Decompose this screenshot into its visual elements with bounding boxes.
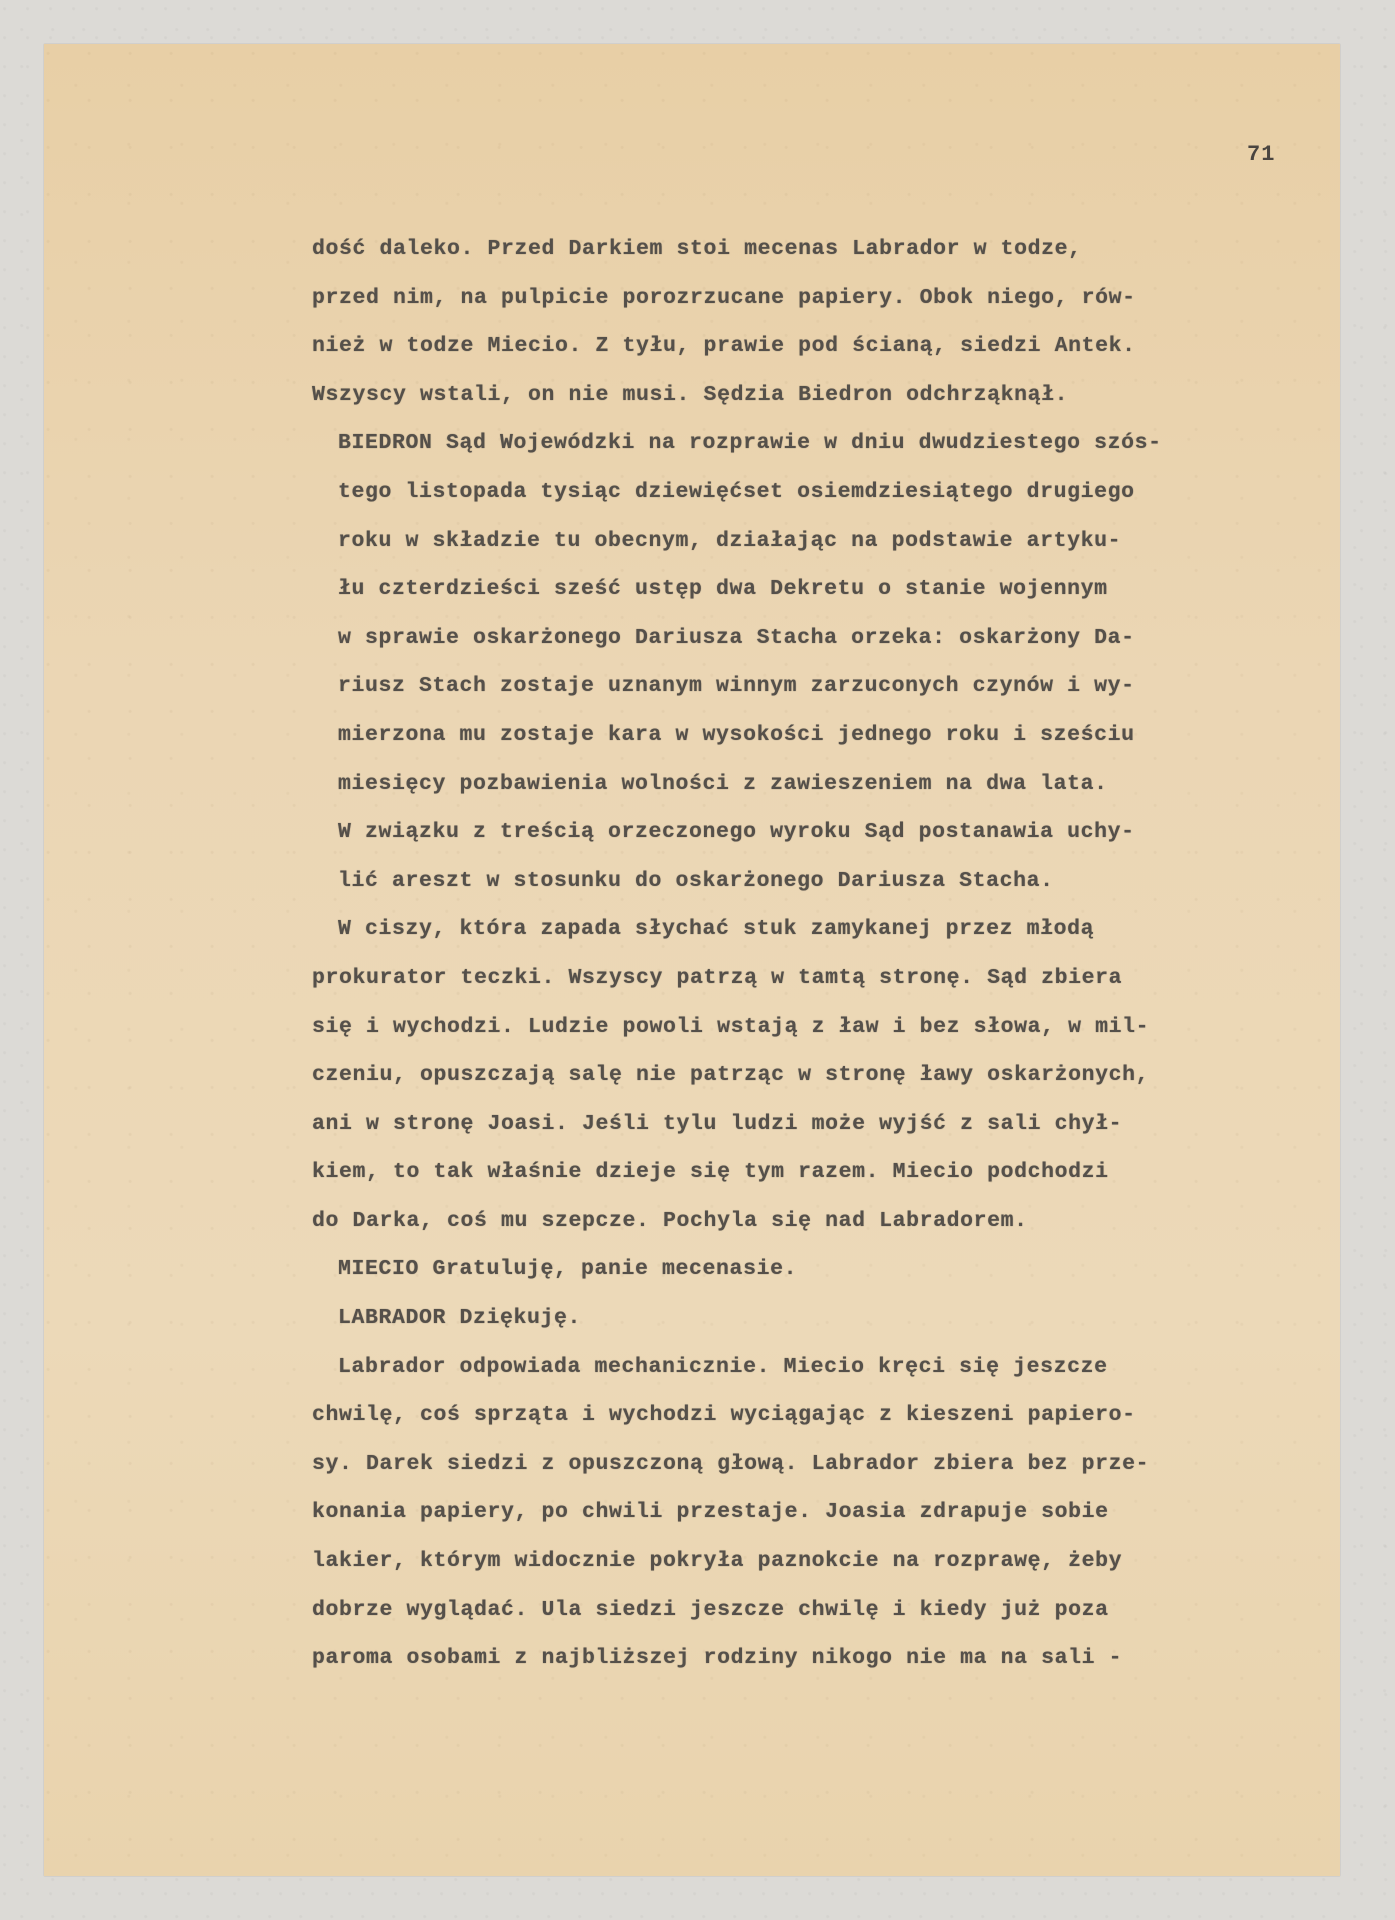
- text-line: Labrador odpowiada mechanicznie. Miecio …: [312, 1343, 1332, 1392]
- text-line: W ciszy, która zapada słychać stuk zamyk…: [312, 905, 1332, 954]
- text-line: W związku z treścią orzeczonego wyroku S…: [312, 808, 1332, 857]
- text-line: tego listopada tysiąc dziewięćset osiemd…: [312, 468, 1332, 517]
- text-line: konania papiery, po chwili przestaje. Jo…: [312, 1488, 1332, 1537]
- text-line: przed nim, na pulpicie porozrzucane papi…: [312, 274, 1332, 323]
- typescript-body: dość daleko. Przed Darkiem stoi mecenas …: [312, 225, 1332, 1683]
- text-line: nież w todze Miecio. Z tyłu, prawie pod …: [312, 322, 1332, 371]
- text-line: chwilę, coś sprząta i wychodzi wyciągają…: [312, 1391, 1332, 1440]
- text-line: Wszyscy wstali, on nie musi. Sędzia Bied…: [312, 371, 1332, 420]
- text-line: czeniu, opuszczają salę nie patrząc w st…: [312, 1051, 1332, 1100]
- text-line: sy. Darek siedzi z opuszczoną głową. Lab…: [312, 1440, 1332, 1489]
- text-line: ani w stronę Joasi. Jeśli tylu ludzi moż…: [312, 1100, 1332, 1149]
- text-line: mierzona mu zostaje kara w wysokości jed…: [312, 711, 1332, 760]
- text-line: paroma osobami z najbliższej rodziny nik…: [312, 1634, 1332, 1683]
- text-line: w sprawie oskarżonego Dariusza Stacha or…: [312, 614, 1332, 663]
- speaker-line-miecio: MIECIO Gratuluję, panie mecenasie.: [312, 1245, 1332, 1294]
- text-line: się i wychodzi. Ludzie powoli wstają z ł…: [312, 1003, 1332, 1052]
- text-line: prokurator teczki. Wszyscy patrzą w tamt…: [312, 954, 1332, 1003]
- text-line: lić areszt w stosunku do oskarżonego Dar…: [312, 857, 1332, 906]
- text-line: roku w składzie tu obecnym, działając na…: [312, 517, 1332, 566]
- text-line: riusz Stach zostaje uznanym winnym zarzu…: [312, 662, 1332, 711]
- speaker-line-labrador: LABRADOR Dziękuję.: [312, 1294, 1332, 1343]
- text-line: miesięcy pozbawienia wolności z zawiesze…: [312, 760, 1332, 809]
- text-line: dobrze wyglądać. Ula siedzi jeszcze chwi…: [312, 1586, 1332, 1635]
- text-line: dość daleko. Przed Darkiem stoi mecenas …: [312, 225, 1332, 274]
- page-number: 71: [1247, 142, 1275, 167]
- text-line: łu czterdzieści sześć ustęp dwa Dekretu …: [312, 565, 1332, 614]
- text-line: do Darka, coś mu szepcze. Pochyla się na…: [312, 1197, 1332, 1246]
- speaker-line-biedron: BIEDRON Sąd Wojewódzki na rozprawie w dn…: [312, 419, 1332, 468]
- text-line: kiem, to tak właśnie dzieje się tym raze…: [312, 1148, 1332, 1197]
- text-line: lakier, którym widocznie pokryła paznokc…: [312, 1537, 1332, 1586]
